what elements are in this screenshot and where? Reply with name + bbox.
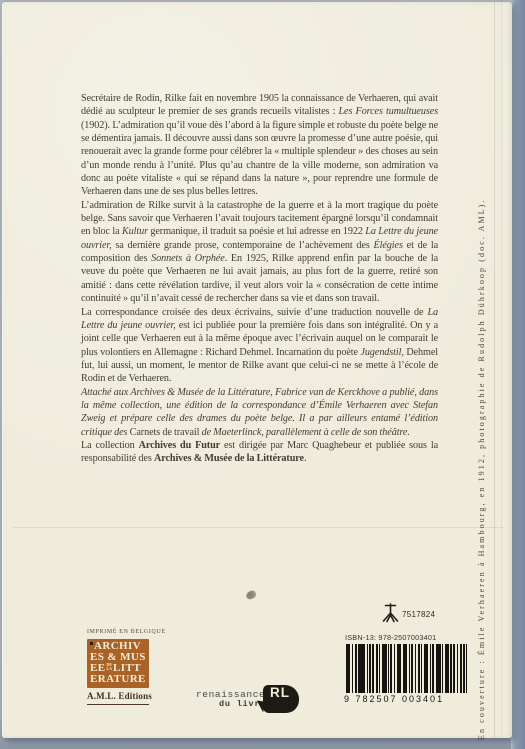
aml-logo-de-la: DELA xyxy=(106,663,112,670)
rl-monogram-text: RL xyxy=(270,685,290,700)
paper-stain xyxy=(245,590,257,601)
rl-monogram-icon: RL xyxy=(263,685,299,713)
paragraph-rilke-meets-verhaeren: Secrétaire de Rodin, Rilke fait en novem… xyxy=(81,92,438,199)
imprint-block: IMPRIMÉ EN BELGIQUE ARCHIV ES & MUS EEDE… xyxy=(87,629,151,705)
paragraph-editor-note: Attaché aux Archives & Musée de la Litté… xyxy=(81,386,438,439)
book-back-cover: Secrétaire de Rodin, Rilke fait en novem… xyxy=(3,2,512,738)
barcode-digits: 9 782507 003401 xyxy=(344,694,472,704)
distributor-mark: 7517824 xyxy=(381,602,435,623)
paragraph-admiration-survives: L’admiration de Rilke survit à la catast… xyxy=(81,199,438,306)
distributor-mark-icon xyxy=(381,602,400,623)
scan-artifact-line xyxy=(13,527,503,528)
aml-logo-square-icon xyxy=(90,642,93,645)
barcode-bars xyxy=(346,644,467,693)
back-cover-text: Secrétaire de Rodin, Rilke fait en novem… xyxy=(81,92,438,466)
distributor-code: 7517824 xyxy=(402,610,435,619)
isbn-label: ISBN-13: 978-2507003401 xyxy=(345,633,472,642)
cover-crease-line xyxy=(494,2,495,738)
aml-logo-text: ERATURE xyxy=(90,673,146,685)
aml-logo-line: ERATURE xyxy=(90,674,149,685)
cover-crease-line xyxy=(501,2,502,738)
scan-book-edge xyxy=(511,0,525,749)
cover-photo-credit: En couverture : Émile Verhaeren à Hambou… xyxy=(477,152,490,740)
aml-editions-label: A.M.L. Editions xyxy=(87,691,149,705)
barcode-block: ISBN-13: 978-2507003401 9 782507 003401 xyxy=(344,633,472,704)
paragraph-collection-note: La collection Archives du Futur est diri… xyxy=(81,439,438,466)
renaissance-du-livre-logo: renaissance du livre RL xyxy=(196,685,311,721)
aml-logo-text: LA xyxy=(106,666,112,671)
aml-logo: ARCHIV ES & MUS EEDELALITT ERATURE xyxy=(87,639,149,688)
printed-in-belgium-label: IMPRIMÉ EN BELGIQUE xyxy=(87,629,151,635)
paragraph-correspondence: La correspondance croisée des deux écriv… xyxy=(81,306,438,386)
